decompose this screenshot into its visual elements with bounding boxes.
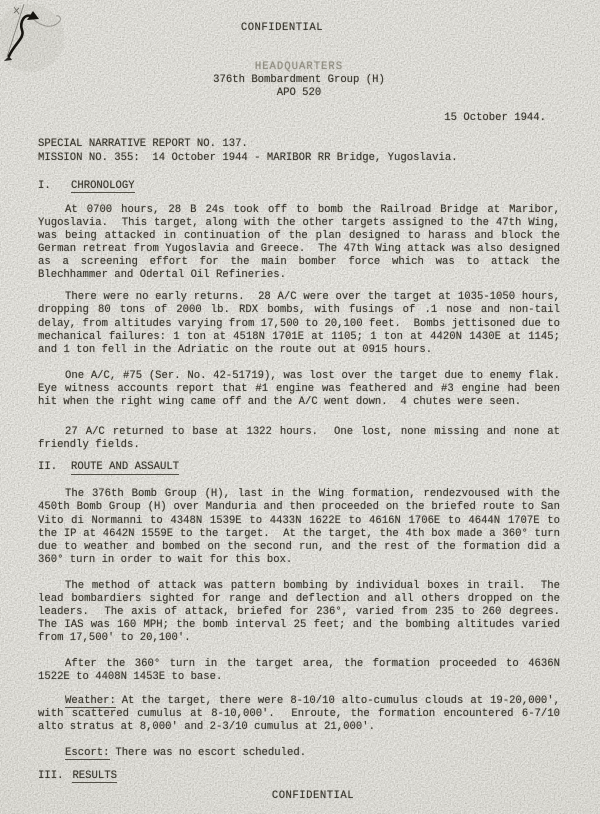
document-content: CONFIDENTIAL HEADQUARTERS 376th Bombardm…: [0, 22, 600, 803]
headquarters-block: HEADQUARTERS 376th Bombardment Group (H)…: [38, 61, 560, 100]
paragraph-escort: Escort:There was no escort scheduled.: [38, 747, 560, 760]
mission-line: MISSION NO. 355: 14 October 1944 - MARIB…: [38, 152, 560, 165]
section-number: I.: [38, 180, 62, 193]
group-line: 376th Bombardment Group (H): [38, 74, 560, 87]
paragraph-route: The 376th Bomb Group (H), last in the Wi…: [38, 488, 560, 567]
section-title: RESULTS: [72, 770, 117, 784]
escort-text: There was no escort scheduled.: [115, 747, 306, 759]
section-title: CHRONOLOGY: [71, 180, 135, 194]
paragraph-returned: 27 A/C returned to base at 1322 hours. O…: [38, 426, 560, 452]
paragraph-aircraft-lost: One A/C, #75 (Ser. No. 42-51719), was lo…: [38, 370, 560, 409]
section-title: ROUTE AND ASSAULT: [71, 461, 179, 475]
section-number: III.: [38, 770, 63, 783]
section-heading-results: III.RESULTS: [38, 770, 560, 783]
headquarters-line: HEADQUARTERS: [38, 61, 560, 74]
paragraph-attack-method: The method of attack was pattern bombing…: [38, 580, 560, 645]
paragraph-over-target: There were no early returns. 28 A/C were…: [38, 291, 560, 356]
weather-text: At the target, there were 8-10/10 alto-c…: [38, 695, 566, 733]
paragraph-return-route: After the 360° turn in the target area, …: [38, 658, 560, 684]
section-heading-route-assault: II.ROUTE AND ASSAULT: [38, 461, 560, 474]
classification-footer: CONFIDENTIAL: [52, 790, 574, 803]
weather-label: Weather:: [65, 695, 116, 709]
section-heading-chronology: I.CHRONOLOGY: [38, 180, 560, 193]
paragraph-weather: Weather:At the target, there were 8-10/1…: [38, 695, 560, 734]
escort-label: Escort:: [65, 747, 110, 761]
paragraph-takeoff: At 0700 hours, 28 B 24s took off to bomb…: [38, 204, 560, 283]
document-page: CONFIDENTIAL HEADQUARTERS 376th Bombardm…: [0, 0, 600, 814]
date-line: 15 October 1944.: [38, 112, 546, 125]
report-title: SPECIAL NARRATIVE REPORT NO. 137.: [38, 138, 560, 151]
section-number: II.: [38, 461, 62, 474]
apo-line: APO 520: [38, 87, 560, 100]
classification-header: CONFIDENTIAL: [21, 22, 543, 35]
